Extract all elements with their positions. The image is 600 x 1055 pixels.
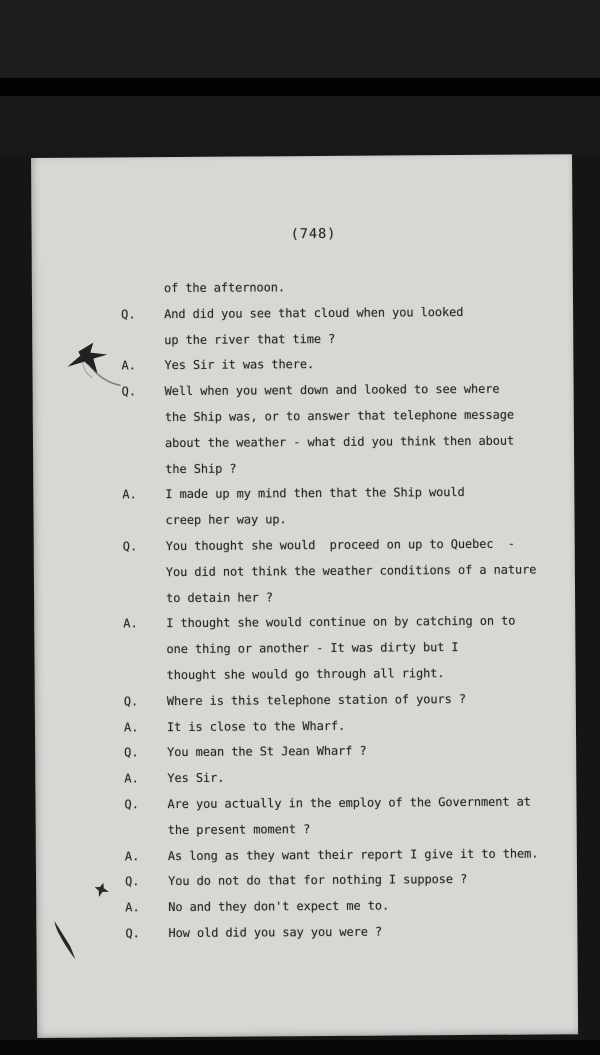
speaker-label (125, 818, 168, 844)
transcript-line: A. I thought she would continue on by ca… (34, 609, 575, 639)
transcript-line: You did not think the weather conditions… (34, 557, 575, 587)
transcript-line: Q. How old did you say you were ? (36, 918, 577, 948)
line-text: I made up my mind then that the Ship wou… (165, 480, 464, 508)
speaker-label: A. (124, 715, 167, 741)
transcript-line: the Ship was, or to answer that telephon… (33, 402, 574, 432)
transcript-line: A. As long as they want their report I g… (36, 841, 577, 871)
transcript-line: Q. Where is this telephone station of yo… (35, 686, 576, 716)
line-text: How old did you say you were ? (168, 919, 382, 946)
transcript-line: thought she would go through all right. (35, 660, 576, 690)
transcript-line: of the afternoon. (32, 273, 573, 303)
line-text: Where is this telephone station of yours… (167, 687, 466, 715)
line-text: one thing or another - It was dirty but … (166, 635, 458, 663)
speaker-label (123, 586, 166, 612)
speaker-label (123, 560, 166, 586)
line-text: Yes Sir. (167, 766, 224, 792)
line-text: Well when you went down and looked to se… (165, 377, 500, 405)
speaker-label: Q. (123, 534, 166, 560)
speaker-label: Q. (124, 689, 167, 715)
transcript-line: to detain her ? (34, 583, 575, 613)
speaker-label (121, 276, 164, 302)
document-page: (748) of the afternoon. Q. And did you s… (31, 154, 578, 1038)
speaker-label: Q. (125, 869, 168, 895)
speaker-label: A. (125, 844, 168, 870)
speaker-label (123, 637, 166, 663)
line-text: the Ship ? (165, 456, 236, 482)
speaker-label: Q. (121, 302, 164, 328)
speaker-label (124, 663, 167, 689)
line-text: the Ship was, or to answer that telephon… (165, 403, 514, 431)
film-top-texture (0, 0, 600, 78)
speaker-label: Q. (124, 740, 167, 766)
transcript-line: Q. You thought she would proceed on up t… (34, 531, 575, 561)
line-text: up the river that time ? (164, 326, 335, 353)
line-text: As long as they want their report I give… (168, 841, 539, 869)
transcript-line: Q. And did you see that cloud when you l… (32, 299, 573, 329)
speaker-label (122, 508, 165, 534)
transcript-line: creep her way up. (33, 505, 574, 535)
line-text: You thought she would proceed on up to Q… (166, 532, 515, 560)
line-text: about the weather - what did you think t… (165, 428, 514, 456)
transcript-line: Q. You mean the St Jean Wharf ? (35, 738, 576, 768)
transcript-line: the Ship ? (33, 454, 574, 484)
film-mid-band (0, 96, 600, 158)
transcript-line: A. I made up my mind then that the Ship … (33, 480, 574, 510)
line-text: No and they don't expect me to. (168, 894, 389, 921)
ink-blot-star-icon (62, 339, 134, 402)
line-text: You mean the St Jean Wharf ? (167, 739, 367, 766)
speaker-label: A. (123, 611, 166, 637)
transcript-line: A. No and they don't expect me to. (36, 892, 577, 922)
line-text: thought she would go through all right. (167, 661, 445, 689)
speaker-label (122, 457, 165, 483)
speaker-label: A. (124, 766, 167, 792)
speaker-label: Q. (124, 792, 167, 818)
line-text: It is close to the Wharf. (167, 713, 345, 740)
transcript-line: one thing or another - It was dirty but … (34, 634, 575, 664)
line-text: to detain her ? (166, 585, 273, 612)
line-text: You did not think the weather conditions… (166, 557, 537, 585)
film-top-band (0, 78, 600, 96)
line-text: of the afternoon. (164, 275, 285, 302)
line-text: Yes Sir it was there. (164, 352, 314, 379)
film-bottom-band (0, 1040, 600, 1055)
speaker-label (122, 431, 165, 457)
speaker-label (122, 405, 165, 431)
line-text: I thought she would continue on by catch… (166, 609, 515, 637)
transcript-line: A. Yes Sir. (35, 763, 576, 793)
speaker-label: A. (125, 895, 168, 921)
transcript-line: the present moment ? (36, 815, 577, 845)
ink-slash-icon (51, 920, 83, 968)
line-text: the present moment ? (168, 817, 311, 844)
transcript-line: Q. Are you actually in the employ of the… (35, 789, 576, 819)
line-text: You do not do that for nothing I suppose… (168, 867, 467, 895)
transcript-line: Q. You do not do that for nothing I supp… (36, 867, 577, 897)
film-background: (748) of the afternoon. Q. And did you s… (0, 0, 600, 1055)
speaker-label: Q. (125, 921, 168, 947)
line-text: Are you actually in the employ of the Go… (167, 789, 531, 817)
line-text: And did you see that cloud when you look… (164, 300, 463, 328)
page-number: (748) (271, 226, 355, 243)
ink-mark-star-icon (93, 881, 111, 899)
speaker-label: A. (122, 482, 165, 508)
transcript-line: about the weather - what did you think t… (33, 428, 574, 458)
line-text: creep her way up. (165, 507, 286, 534)
transcript-line: A. It is close to the Wharf. (35, 712, 576, 742)
